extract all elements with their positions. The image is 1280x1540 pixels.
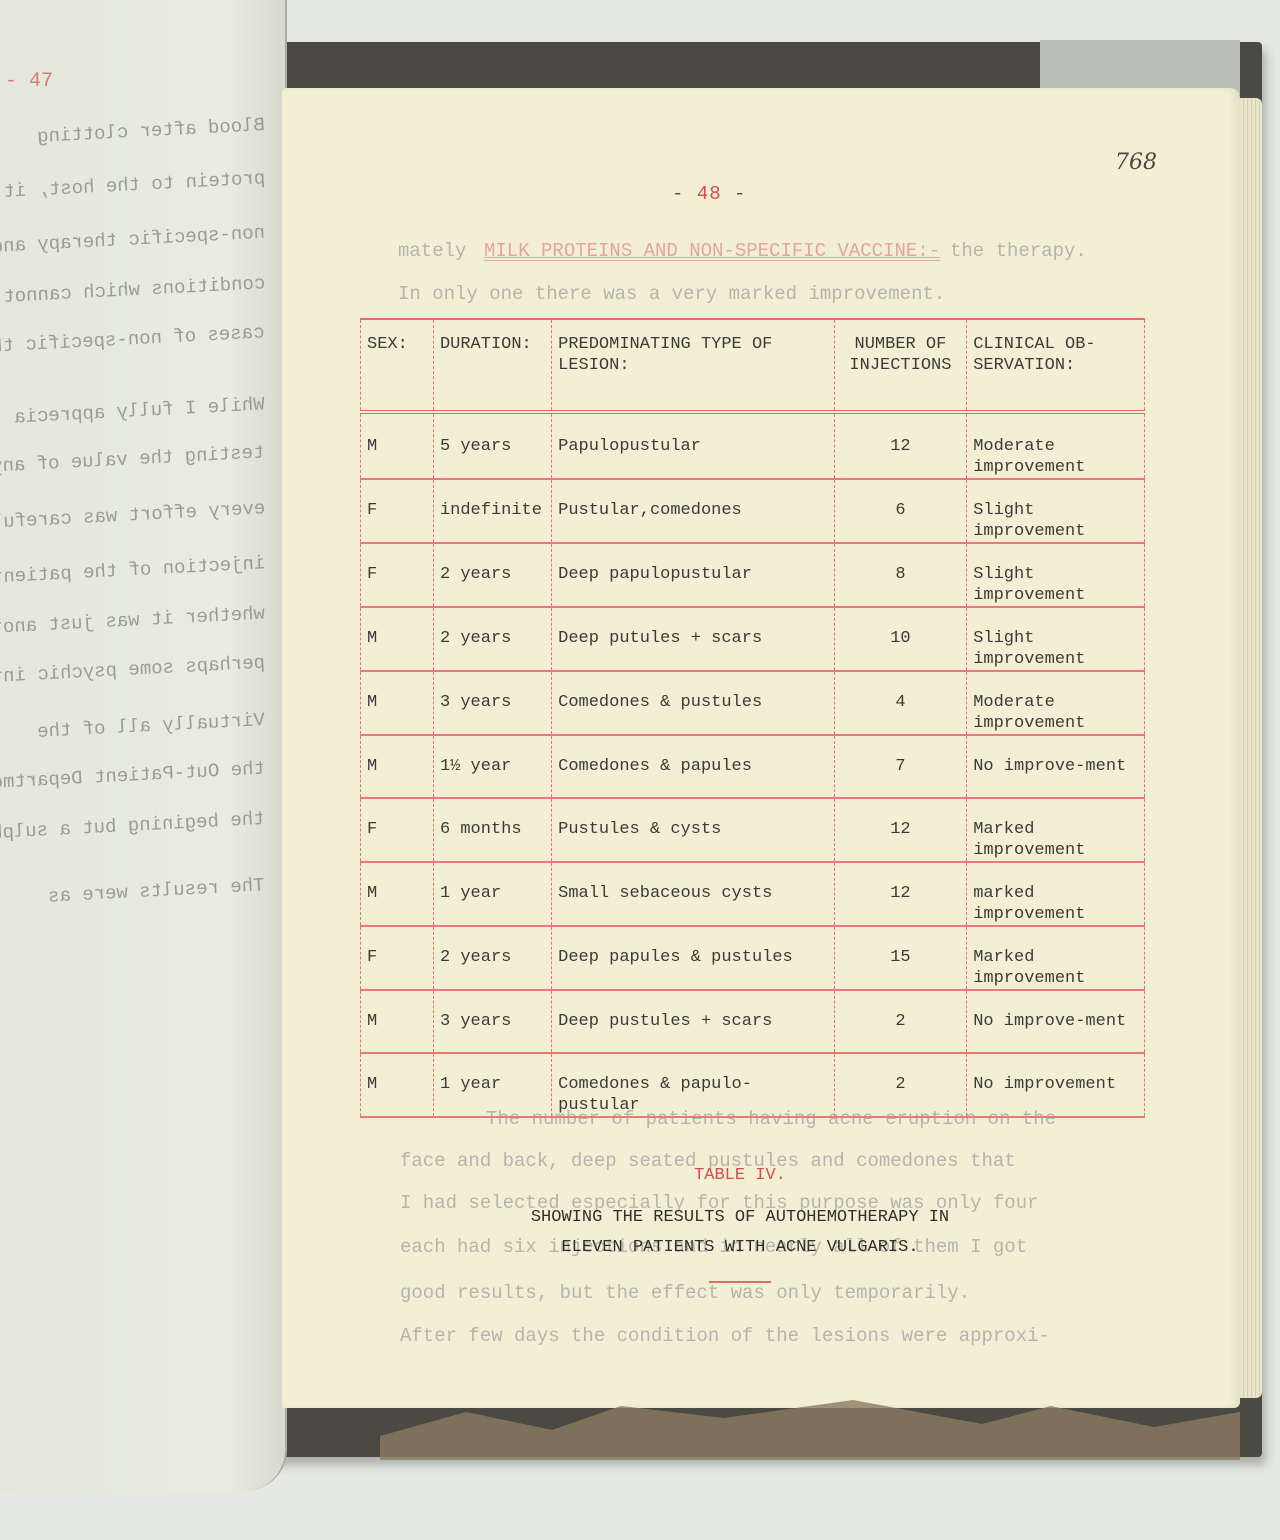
cell-injections: 12 [834,798,967,862]
cell-injections: 15 [834,926,967,990]
cell-sex: M [361,862,434,926]
cell-lesion: Deep papulopustular [552,543,835,607]
table-row: F 2 years Deep papules & pustules 15 Mar… [361,926,1145,990]
table-label: TABLE IV. [380,1166,1100,1185]
header-lesion: PREDOMINATING TYPE OF LESION: [552,319,835,412]
cell-duration: indefinite [433,479,551,543]
cell-duration: 1 year [433,1053,551,1117]
mirrored-line: The results were as [48,874,265,907]
mirrored-line: While I fully apprecia [14,393,266,428]
results-table: SEX: DURATION: PREDOMINATING TYPE OF LES… [360,318,1145,1118]
mirrored-line: non-specific therapy and yet [0,222,265,261]
cell-sex: M [361,412,434,479]
cell-sex: M [361,735,434,798]
cell-duration: 1 year [433,862,551,926]
cell-sex: M [361,671,434,735]
cell-observation: marked improvement [967,862,1145,926]
cell-injections: 12 [834,862,967,926]
cell-lesion: Small sebaceous cysts [552,862,835,926]
cell-sex: M [361,607,434,671]
table-row: M 3 years Comedones & pustules 4 Moderat… [361,671,1145,735]
table-row: M 1 year Small sebaceous cysts 12 marked… [361,862,1145,926]
header-observation: CLINICAL OB- SERVATION: [967,319,1145,412]
mirrored-line: conditions which cannot be [0,272,265,309]
cell-sex: F [361,926,434,990]
cover-tear-top [1040,40,1240,95]
mirrored-line: injection of the patient's [0,552,265,589]
cell-duration: 2 years [433,543,551,607]
cell-observation: Moderate improvement [967,671,1145,735]
table-row: M 2 years Deep putules + scars 10 Slight… [361,607,1145,671]
bleed-text: After few days the condition of the lesi… [400,1325,1050,1347]
table-row: F 6 months Pustules & cysts 12 Marked im… [361,798,1145,862]
cell-observation: No improve-ment [967,990,1145,1053]
cell-injections: 4 [834,671,967,735]
cell-lesion: Deep pustules + scars [552,990,835,1053]
left-page: - 47 Blood after clotting protein to the… [0,0,287,1490]
table-title-line-2: ELEVEN PATIENTS WITH ACNE VULGARIS. [380,1233,1100,1263]
cell-sex: F [361,543,434,607]
page-edges [1240,98,1262,1398]
cell-lesion: Comedones & papules [552,735,835,798]
bleed-heading: MILK PROTEINS AND NON-SPECIFIC VACCINE:- [484,240,940,262]
mirrored-line: the begining but a sulph [0,808,265,844]
cell-lesion: Deep putules + scars [552,607,835,671]
cell-observation: No improve-ment [967,735,1145,798]
cell-injections: 7 [834,735,967,798]
cell-lesion: Pustular,comedones [552,479,835,543]
table-row: F indefinite Pustular,comedones 6 Slight… [361,479,1145,543]
header-injections: NUMBER OF INJECTIONS [834,319,967,412]
cell-observation: Marked improvement [967,798,1145,862]
cell-sex: F [361,798,434,862]
table-title-line-1: SHOWING THE RESULTS OF AUTOHEMOTHERAPY I… [380,1203,1100,1233]
cell-injections: 10 [834,607,967,671]
table-title: SHOWING THE RESULTS OF AUTOHEMOTHERAPY I… [380,1203,1100,1263]
cell-lesion: Papulopustular [552,412,835,479]
table-row: M 3 years Deep pustules + scars 2 No imp… [361,990,1145,1053]
cell-injections: 8 [834,543,967,607]
left-page-number: - 47 [5,70,53,93]
bleed-text: In only one there was a very marked impr… [398,283,945,305]
bleed-text: the therapy. [950,240,1087,262]
mirrored-line: Virtually all of the [37,709,266,743]
cell-sex: M [361,1053,434,1117]
archive-number: 768 [1115,150,1157,175]
bleed-text: mately [398,240,466,262]
cell-observation: No improvement [967,1053,1145,1117]
header-duration: DURATION: [433,319,551,412]
table-row: F 2 years Deep papulopustular 8 Slight i… [361,543,1145,607]
page-number-value: 48 [697,183,722,205]
mirrored-line: whether it was just anoth [0,603,265,640]
mirrored-line: every effort was carefully [0,497,265,534]
cell-injections: 12 [834,412,967,479]
cell-observation: Slight improvement [967,543,1145,607]
cell-duration: 2 years [433,926,551,990]
mirrored-line: testing the value of any ther [0,441,265,480]
table-row: M 1 year Comedones & papulo-pustular 2 N… [361,1053,1145,1117]
mirrored-line: protein to the host, it is [0,167,265,204]
results-table-container: SEX: DURATION: PREDOMINATING TYPE OF LES… [360,318,1145,1118]
cell-duration: 5 years [433,412,551,479]
table-row: M 1½ year Comedones & papules 7 No impro… [361,735,1145,798]
cell-sex: M [361,990,434,1053]
mirrored-line: cases of non-specific therapy [0,321,265,360]
cell-observation: Marked improvement [967,926,1145,990]
cell-lesion: Deep papules & pustules [552,926,835,990]
cell-injections: 2 [834,990,967,1053]
header-sex: SEX: [361,319,434,412]
cell-duration: 6 months [433,798,551,862]
cell-duration: 3 years [433,671,551,735]
cell-injections: 6 [834,479,967,543]
cell-lesion: Comedones & papulo-pustular [552,1053,835,1117]
closing-rule [709,1281,771,1283]
table-header-row: SEX: DURATION: PREDOMINATING TYPE OF LES… [361,319,1145,412]
mirrored-line: the Out-Patient Departmen [0,758,265,795]
page-number: - 48 - [672,183,746,205]
cell-injections: 2 [834,1053,967,1117]
cell-lesion: Comedones & pustules [552,671,835,735]
cell-sex: F [361,479,434,543]
mirrored-line: perhaps some psychic influen [0,652,265,691]
cell-observation: Slight improvement [967,479,1145,543]
bleed-text: good results, but the effect was only te… [400,1282,970,1304]
cell-observation: Slight improvement [967,607,1145,671]
cell-duration: 3 years [433,990,551,1053]
cell-duration: 2 years [433,607,551,671]
mirrored-line: Blood after clotting [37,114,266,148]
cell-lesion: Pustules & cysts [552,798,835,862]
cell-duration: 1½ year [433,735,551,798]
cell-observation: Moderate improvement [967,412,1145,479]
table-caption: TABLE IV. SHOWING THE RESULTS OF AUTOHEM… [380,1166,1100,1283]
table-row: M 5 years Papulopustular 12 Moderate imp… [361,412,1145,479]
